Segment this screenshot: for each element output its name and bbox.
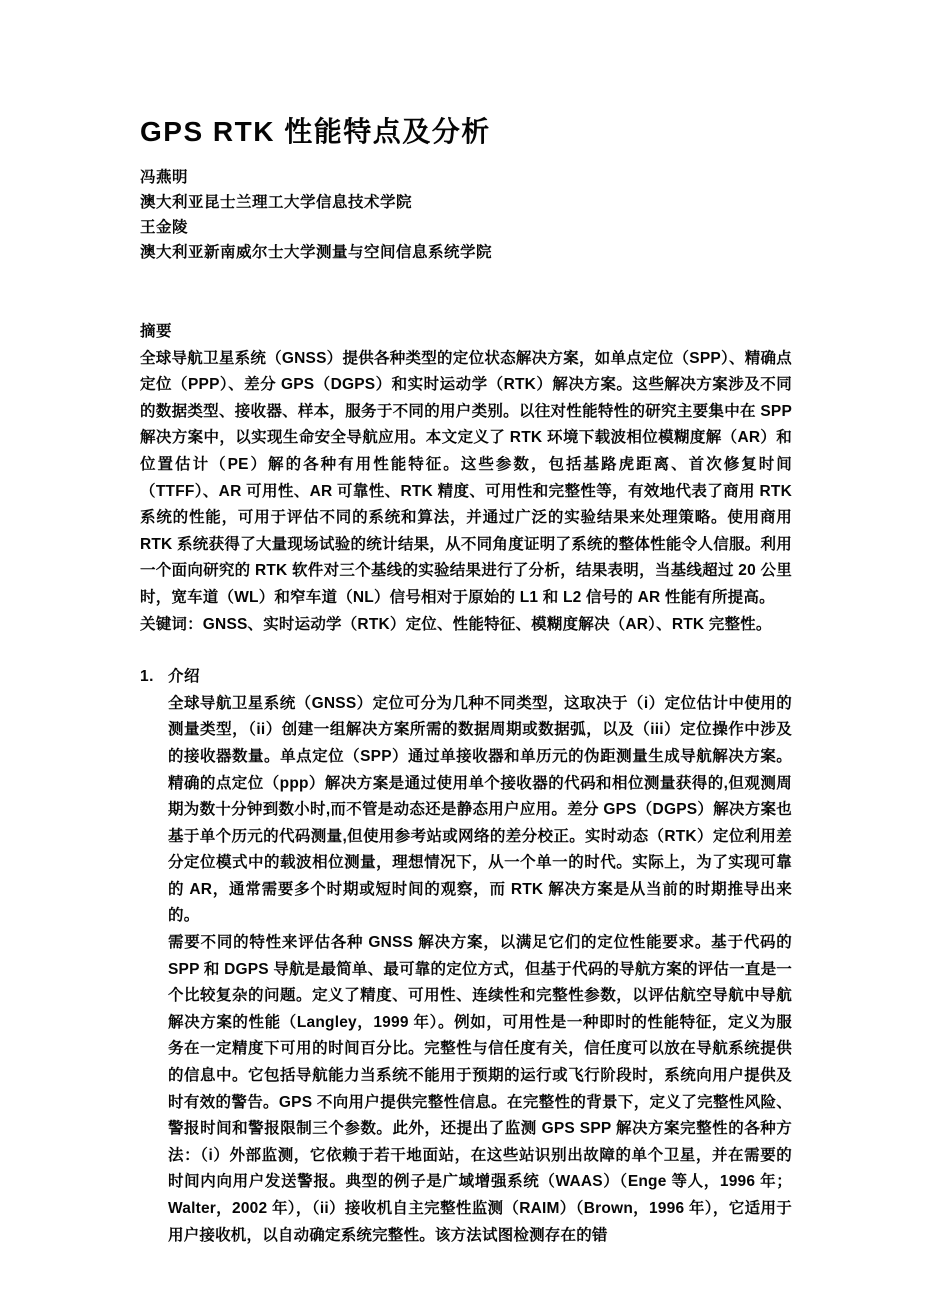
keywords-line: 关键词：GNSS、实时运动学（RTK）定位、性能特征、模糊度解决（AR）、RTK… <box>140 612 792 639</box>
paragraph: 全球导航卫星系统（GNSS）定位可分为几种不同类型，这取决于（i）定位估计中使用… <box>168 691 792 930</box>
author-name: 王金陵 <box>140 215 792 240</box>
author-affiliation: 澳大利亚新南威尔士大学测量与空间信息系统学院 <box>140 240 792 265</box>
author-affiliation: 澳大利亚昆士兰理工大学信息技术学院 <box>140 190 792 215</box>
section-body: 全球导航卫星系统（GNSS）定位可分为几种不同类型，这取决于（i）定位估计中使用… <box>140 691 792 1249</box>
paragraph: 需要不同的特性来评估各种 GNSS 解决方案，以满足它们的定位性能要求。基于代码… <box>168 930 792 1249</box>
section-title: 介绍 <box>168 664 200 691</box>
section-heading: 1. 介绍 <box>140 664 792 691</box>
author-block: 冯燕明 澳大利亚昆士兰理工大学信息技术学院 王金陵 澳大利亚新南威尔士大学测量与… <box>140 165 792 265</box>
author-name: 冯燕明 <box>140 165 792 190</box>
abstract-heading: 摘要 <box>140 319 792 346</box>
page-title: GPS RTK 性能特点及分析 <box>140 112 792 152</box>
abstract-body: 全球导航卫星系统（GNSS）提供各种类型的定位状态解决方案，如单点定位（SPP）… <box>140 346 792 612</box>
section-introduction: 1. 介绍 全球导航卫星系统（GNSS）定位可分为几种不同类型，这取决于（i）定… <box>140 664 792 1249</box>
section-number: 1. <box>140 664 168 691</box>
document-page: GPS RTK 性能特点及分析 冯燕明 澳大利亚昆士兰理工大学信息技术学院 王金… <box>0 0 926 1309</box>
abstract-section: 摘要 全球导航卫星系统（GNSS）提供各种类型的定位状态解决方案，如单点定位（S… <box>140 319 792 638</box>
